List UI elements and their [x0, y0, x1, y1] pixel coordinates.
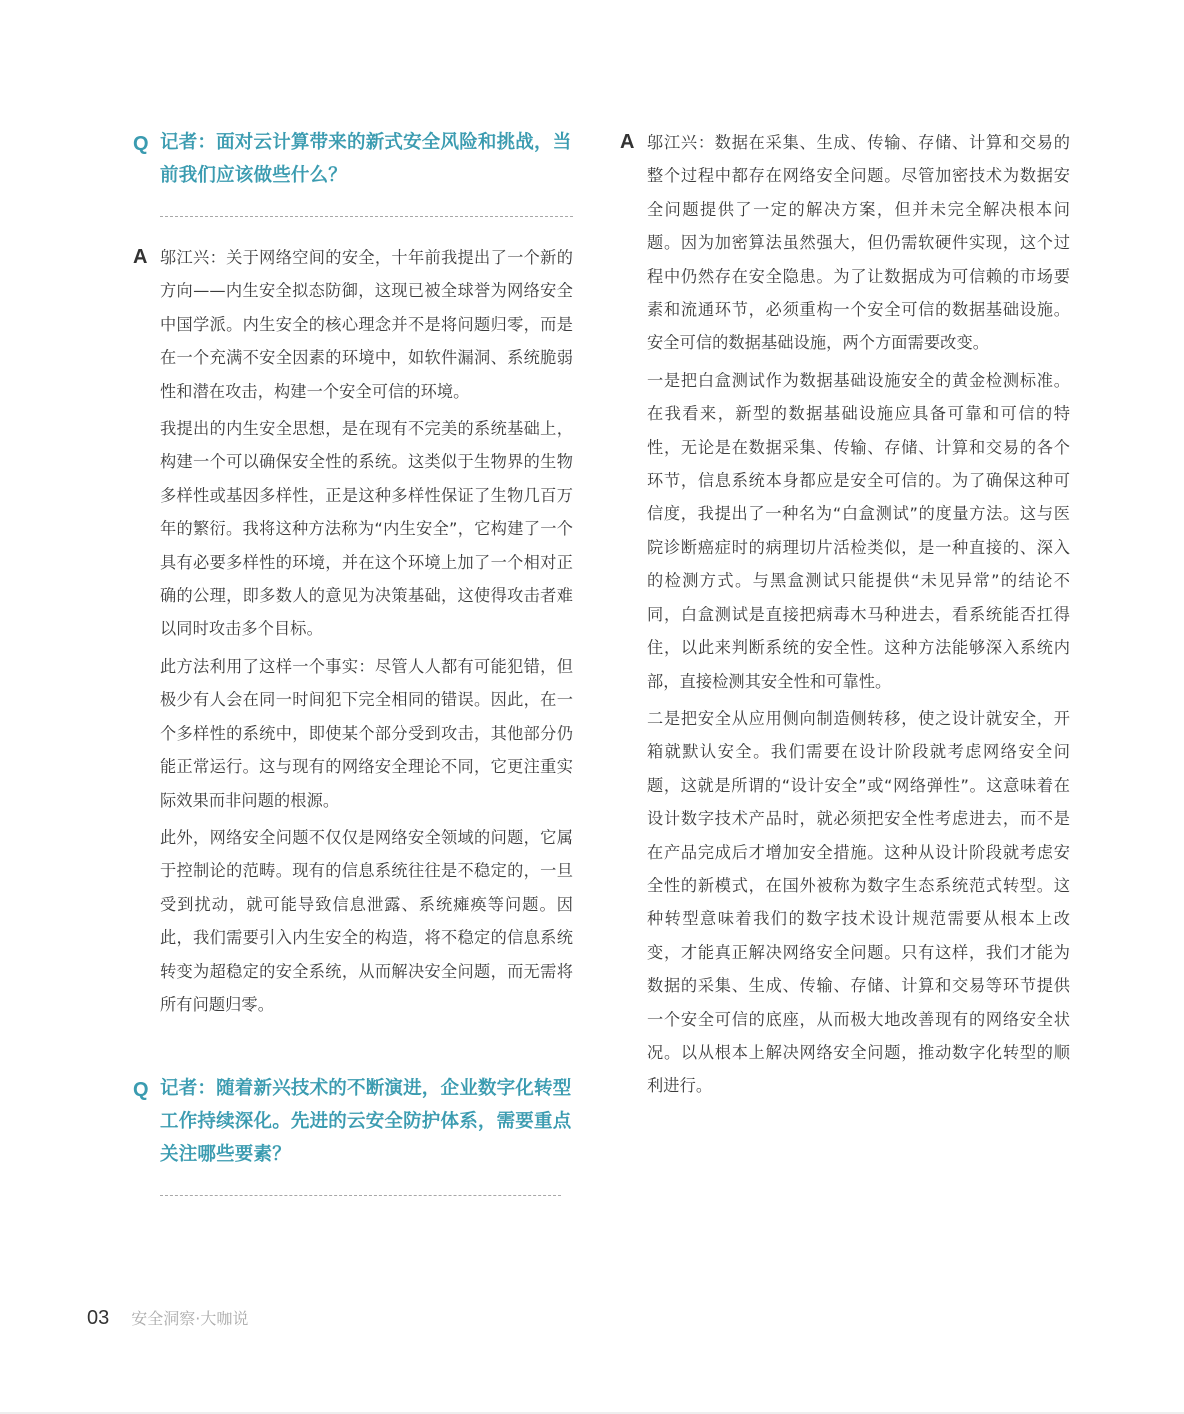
- question-text: 记者：随着新兴技术的不断演进，企业数字化转型工作持续深化。先进的云安全防护体系，…: [160, 1072, 573, 1171]
- dashed-divider: [160, 216, 573, 217]
- question-marker: Q: [133, 128, 149, 161]
- answer-paragraph: 我提出的内生安全思想，是在现有不完美的系统基础上，构建一个可以确保安全性的系统。…: [160, 412, 573, 646]
- answer-paragraph: 一是把白盒测试作为数据基础设施安全的黄金检测标准。在我看来，新型的数据基础设施应…: [647, 364, 1070, 698]
- page-footer: 03 安全洞察·大咖说: [87, 1306, 248, 1330]
- question-block-2: Q 记者：随着新兴技术的不断演进，企业数字化转型工作持续深化。先进的云安全防护体…: [133, 1072, 573, 1196]
- answer-paragraph: 邬江兴：关于网络空间的安全，十年前我提出了一个新的方向——内生安全拟态防御，这现…: [160, 241, 573, 408]
- question-text: 记者：面对云计算带来的新式安全风险和挑战，当前我们应该做些什么？: [160, 126, 573, 192]
- right-column: A 邬江兴：数据在采集、生成、传输、存储、计算和交易的整个过程中都存在网络安全问…: [620, 126, 1070, 1103]
- answer-paragraph: 二是把安全从应用侧向制造侧转移，使之设计就安全，开箱就默认安全。我们需要在设计阶…: [647, 702, 1070, 1103]
- answer-block-1: A 邬江兴：关于网络空间的安全，十年前我提出了一个新的方向——内生安全拟态防御，…: [133, 241, 573, 1021]
- answer-paragraph: 此方法利用了这样一个事实：尽管人人都有可能犯错，但极少有人会在同一时间犯下完全相…: [160, 650, 573, 817]
- section-title: 安全洞察·大咖说: [131, 1306, 248, 1329]
- question-marker: Q: [133, 1074, 149, 1107]
- left-column: Q 记者：面对云计算带来的新式安全风险和挑战，当前我们应该做些什么？ A 邬江兴…: [133, 126, 573, 1196]
- question-block-1: Q 记者：面对云计算带来的新式安全风险和挑战，当前我们应该做些什么？: [133, 126, 573, 217]
- dashed-divider: [160, 1195, 561, 1196]
- answer-marker: A: [133, 241, 147, 274]
- answer-paragraph: 邬江兴：数据在采集、生成、传输、存储、计算和交易的整个过程中都存在网络安全问题。…: [647, 126, 1070, 360]
- answer-paragraph: 此外，网络安全问题不仅仅是网络安全领域的问题，它属于控制论的范畴。现有的信息系统…: [160, 821, 573, 1021]
- page-number: 03: [87, 1307, 109, 1330]
- answer-marker: A: [620, 126, 634, 159]
- answer-block-2: A 邬江兴：数据在采集、生成、传输、存储、计算和交易的整个过程中都存在网络安全问…: [620, 126, 1070, 1103]
